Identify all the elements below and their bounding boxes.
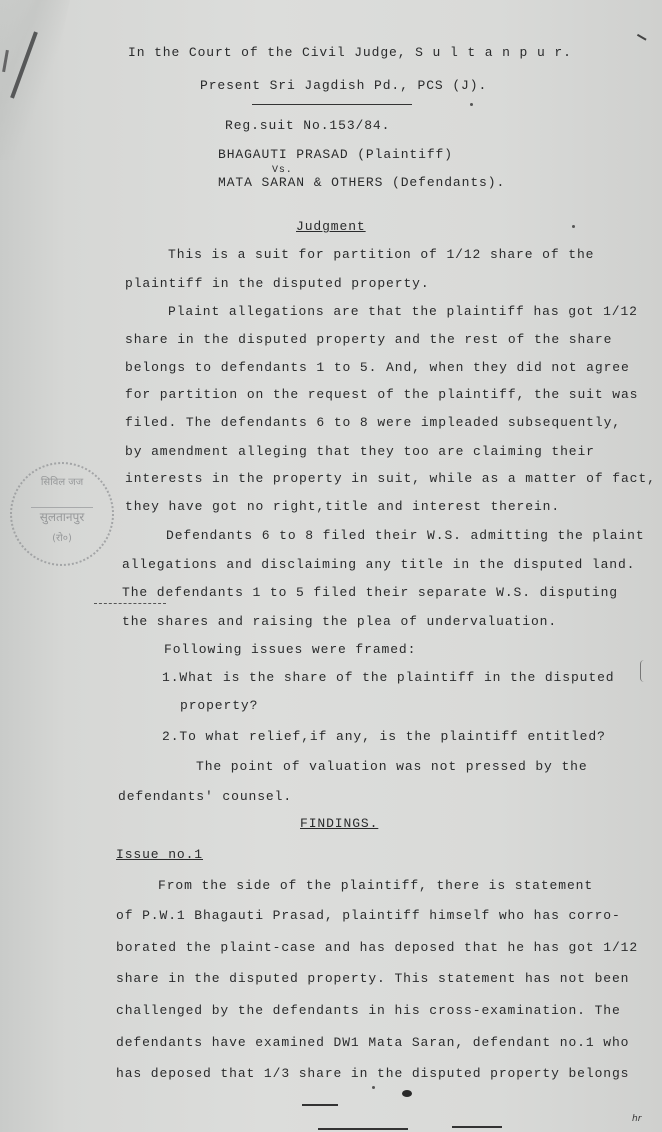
paragraph-line: belongs to defendants 1 to 5. And, when … bbox=[125, 360, 630, 376]
paragraph-line: challenged by the defendants in his cros… bbox=[116, 1003, 621, 1019]
pen-stroke bbox=[318, 1128, 408, 1130]
issue-item-continuation: property? bbox=[180, 698, 258, 714]
paragraph-line: The point of valuation was not pressed b… bbox=[196, 759, 588, 775]
paragraph-line: interests in the property in suit, while… bbox=[125, 471, 656, 487]
pen-tick-mark bbox=[635, 34, 646, 43]
margin-bracket-mark bbox=[640, 660, 645, 682]
paragraph-line: The defendants 1 to 5 filed their separa… bbox=[122, 585, 618, 601]
page-fold-shadow bbox=[0, 0, 70, 160]
paragraph-line: share in the disputed property. This sta… bbox=[116, 971, 629, 987]
pen-stroke bbox=[452, 1126, 502, 1128]
ink-speck bbox=[372, 1086, 375, 1089]
paragraph-line: of P.W.1 Bhagauti Prasad, plaintiff hims… bbox=[116, 908, 621, 924]
paragraph-line: by amendment alleging that they too are … bbox=[125, 444, 595, 460]
paragraph-line: Plaint allegations are that the plaintif… bbox=[168, 304, 638, 320]
dashed-margin-mark bbox=[94, 603, 166, 604]
issue-no-1-heading: Issue no.1 bbox=[116, 847, 203, 863]
judgment-heading: Judgment bbox=[296, 219, 366, 235]
scanned-document-page: In the Court of the Civil Judge, S u l t… bbox=[0, 0, 662, 1132]
paragraph-line: the shares and raising the plea of under… bbox=[122, 614, 557, 630]
stamp-top-text: सिविल जज bbox=[12, 474, 112, 488]
ink-speck bbox=[572, 225, 575, 228]
margin-initials: hr bbox=[632, 1114, 641, 1124]
court-seal-stamp: सिविल जज सुलतानपुर (रो०) bbox=[10, 462, 114, 566]
present-line: Present Sri Jagdish Pd., PCS (J). bbox=[200, 78, 487, 94]
paragraph-line: for partition on the request of the plai… bbox=[125, 387, 638, 403]
defendants-line: MATA SARAN & OTHERS (Defendants). bbox=[218, 175, 505, 191]
paragraph-line: defendants have examined DW1 Mata Saran,… bbox=[116, 1035, 629, 1051]
pen-stroke bbox=[302, 1104, 338, 1106]
paragraph-line: From the side of the plaintiff, there is… bbox=[158, 878, 593, 894]
paragraph-line: This is a suit for partition of 1/12 sha… bbox=[168, 247, 594, 263]
plaintiff-line: BHAGAUTI PRASAD (Plaintiff) bbox=[218, 147, 453, 163]
paragraph-line: they have got no right,title and interes… bbox=[125, 499, 560, 515]
header-rule bbox=[252, 104, 412, 105]
issue-item: 2.To what relief,if any, is the plaintif… bbox=[162, 729, 606, 745]
stamp-bottom-text: (रो०) bbox=[12, 530, 112, 544]
paragraph-line: defendants' counsel. bbox=[118, 789, 292, 805]
paragraph-line: filed. The defendants 6 to 8 were implea… bbox=[125, 415, 621, 431]
paragraph-line: plaintiff in the disputed property. bbox=[125, 276, 430, 292]
paragraph-line: has deposed that 1/3 share in the disput… bbox=[116, 1066, 629, 1082]
ink-speck bbox=[470, 103, 473, 106]
paragraph-line: share in the disputed property and the r… bbox=[125, 332, 612, 348]
suit-number: Reg.suit No.153/84. bbox=[225, 118, 390, 134]
ink-blot bbox=[402, 1090, 412, 1097]
findings-heading: FINDINGS. bbox=[300, 816, 378, 832]
issue-item: 1.What is the share of the plaintiff in … bbox=[162, 670, 614, 686]
paragraph-line: Defendants 6 to 8 filed their W.S. admit… bbox=[166, 528, 645, 544]
issues-intro: Following issues were framed: bbox=[164, 642, 416, 658]
court-line: In the Court of the Civil Judge, S u l t… bbox=[128, 45, 572, 61]
paragraph-line: borated the plaint-case and has deposed … bbox=[116, 940, 638, 956]
paragraph-line: allegations and disclaiming any title in… bbox=[122, 557, 635, 573]
stamp-city-text: सुलतानपुर bbox=[31, 507, 93, 525]
